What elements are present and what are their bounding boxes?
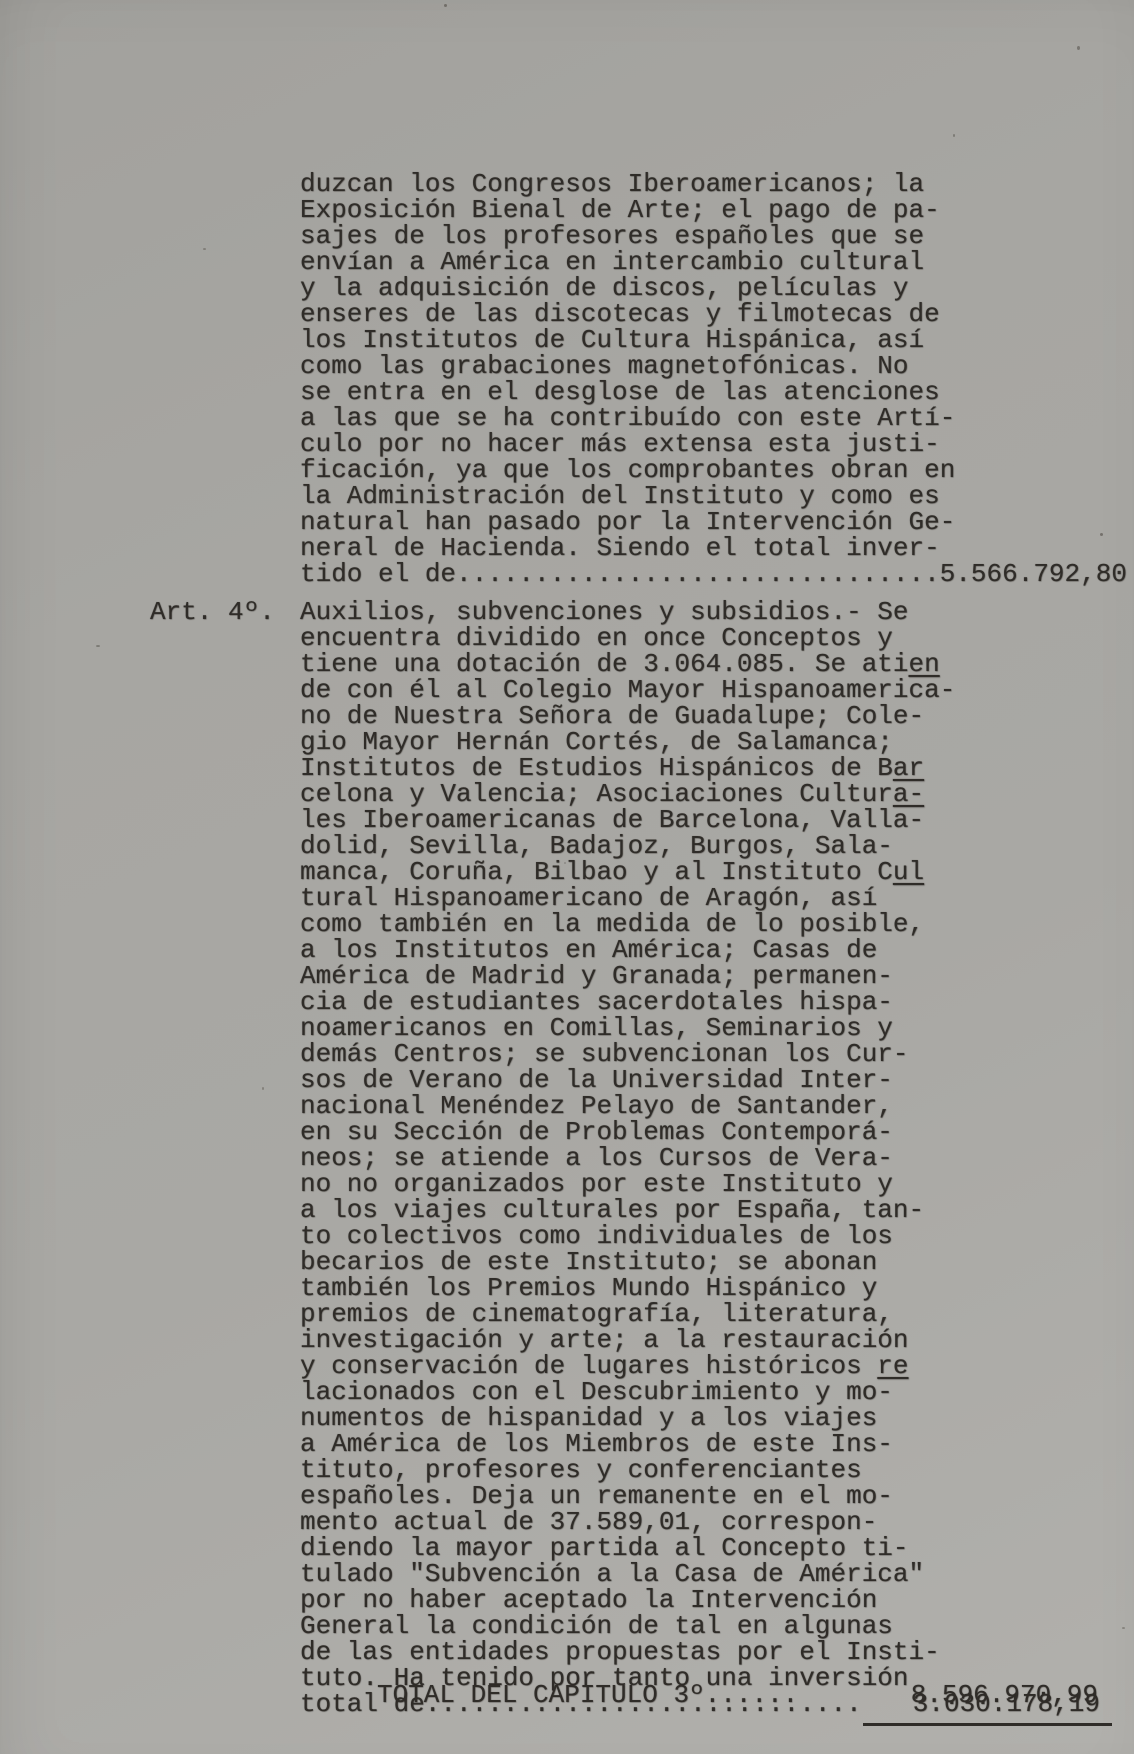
document-page: duzcan los Congresos Iberoamericanos; la… xyxy=(0,0,1134,1754)
leader-dots: ...... xyxy=(705,1680,799,1710)
paper-speck xyxy=(1100,533,1103,536)
paper-speck xyxy=(203,248,206,250)
paper-speck xyxy=(262,1087,264,1090)
paper-speck xyxy=(1077,46,1080,50)
paper-speck xyxy=(953,134,955,137)
article-4-justification-text: Auxilios, subvenciones y subsidios.- See… xyxy=(300,600,1112,1726)
paper-speck xyxy=(1122,1627,1125,1629)
paper-speck xyxy=(700,1242,702,1244)
article-4-label: Art. 4º. xyxy=(150,600,275,625)
chapter-3-total-row: TOTAL DEL CAPITULO 3º...... 8.596.970,99 xyxy=(300,1682,1112,1708)
text-line: tido el de..............................… xyxy=(300,562,1130,588)
chapter-3-total-label: TOTAL DEL CAPITULO 3º...... xyxy=(377,1682,798,1708)
paper-speck xyxy=(564,862,566,864)
paper-speck xyxy=(444,4,447,7)
amount: 5.566.792,80 xyxy=(940,559,1127,589)
chapter-3-total-amount: 8.596.970,99 xyxy=(911,1682,1098,1708)
paper-speck xyxy=(96,645,100,647)
article-3-justification-text: duzcan los Congresos Iberoamericanos; la… xyxy=(300,172,1130,588)
